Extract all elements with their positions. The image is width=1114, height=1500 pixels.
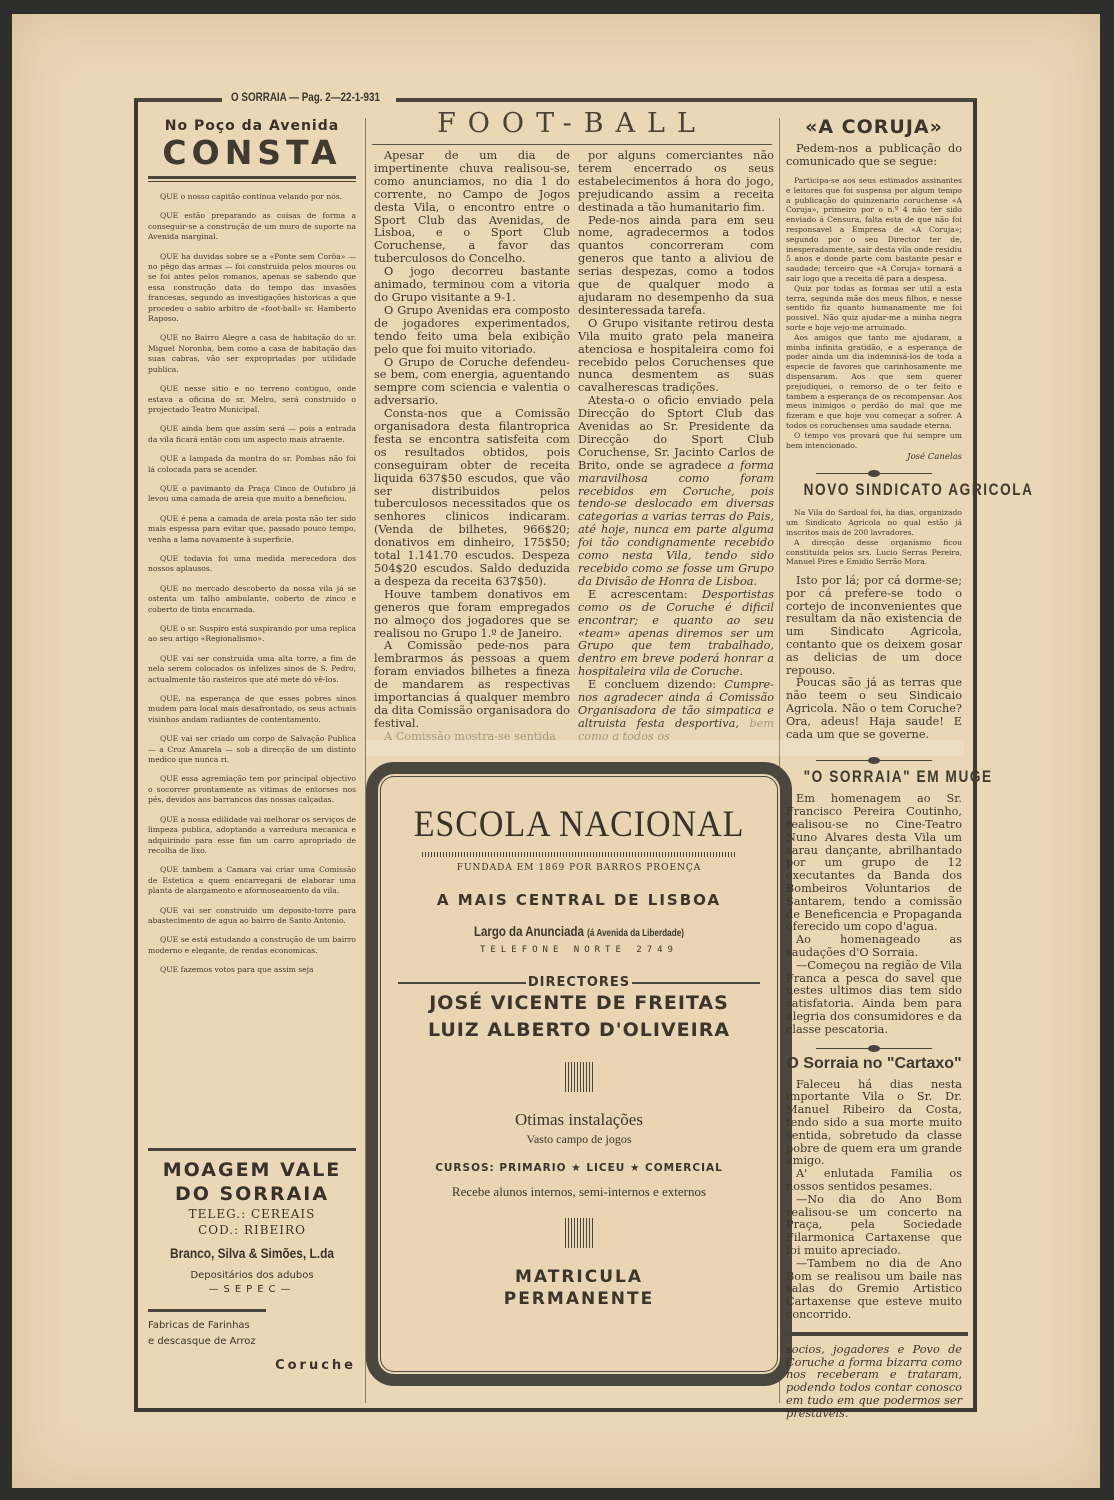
moagem-ad: MOAGEM VALE DO SORRAIA TELEG.: CEREAIS C… [148, 1158, 356, 1373]
escola-central: A MAIS CENTRAL DE LISBOA [378, 891, 780, 909]
cartaxo-paragraph: —No dia do Ano Bom realisou-se um concer… [786, 1194, 962, 1258]
escola-title: ESCOLA NACIONAL [394, 804, 764, 846]
muge-paragraph: Ao homenageado as saudações d'O Sorraia. [786, 934, 962, 960]
coruja-paragraph: Aos amigos que tanto me ajudaram, a minh… [786, 333, 962, 431]
consta-item: QUE a nossa edilidade vai melhorar os se… [148, 815, 356, 857]
consta-items: QUE o nosso capitão continua velando por… [148, 192, 356, 976]
football-paragraph: Pede-nos ainda para em seu nome, agradec… [578, 215, 774, 318]
muge-article: Em homenagem ao Sr. Francisco Pereira Co… [786, 793, 962, 1036]
ad-title-line2: DO SORRAIA [148, 1182, 356, 1206]
escola-field: Vasto campo de jogos [378, 1130, 780, 1148]
consta-item: QUE nesse sitio e no terreno contiguo, o… [148, 384, 356, 415]
consta-item: QUE ha duvidas sobre se a «Ponte sem Cor… [148, 252, 356, 325]
consta-item: QUE o pavimanto da Praça Cinco de Outubr… [148, 484, 356, 505]
consta-item: QUE vai ser construida uma alta torre, a… [148, 654, 356, 685]
football-column-2: por alguns comerciantes não terem encerr… [578, 150, 774, 744]
football-paragraph: Apesar de um dia de impertinente chuva r… [374, 150, 570, 266]
ad-title-line1: MOAGEM VALE [148, 1158, 356, 1182]
escola-students: Recebe alunos internos, semi-internos e … [378, 1184, 780, 1200]
sindicato-comment-paragraph: Poucas são já as terras que não teem o s… [786, 677, 962, 741]
sindicato-news: Na Vila do Sardoal foi, ha dias, organiz… [786, 508, 962, 567]
consta-item: QUE se está estudando a construção de um… [148, 935, 356, 956]
coruja-paragraph: Participa-se aos seus estimados assinant… [786, 176, 962, 284]
heading-line [398, 982, 526, 984]
acrescentam-quote: Desportistas como os de Coruche é difici… [578, 588, 774, 678]
consta-item: QUE estão preparando as coisas de forma … [148, 211, 356, 242]
sindicato-news-paragraph: A direcção desse organismo ficou constit… [786, 538, 962, 567]
hatch-rule [422, 852, 736, 857]
ornament-divider [816, 468, 932, 478]
football-paragraph: O Grupo visitante retirou desta Vila mui… [578, 318, 774, 395]
football-paragraph: Consta-nos que a Comissão organisadora d… [374, 408, 570, 589]
cartaxo-paragraph: Faleceu há dias nesta importante Vila o … [786, 1079, 962, 1169]
ad-divider [148, 1148, 356, 1151]
consta-item: QUE todavia foi uma medida merecedora do… [148, 554, 356, 575]
address-note: (á Avenida da Liberdade) [587, 928, 684, 939]
ornament-divider [816, 755, 932, 765]
right-column: «A CORUJA» Pedem-nos a publicação do com… [786, 116, 962, 1421]
muge-paragraph: —Começou na região de Vila Franca a pesc… [786, 960, 962, 1037]
escola-address: Largo da Anunciada (á Avenida da Liberda… [414, 923, 744, 939]
bars-ornament [565, 1062, 593, 1092]
director-2: LUIZ ALBERTO D'OLIVEIRA [378, 1017, 780, 1044]
consta-item: QUE, na esperança de que esses pobres si… [148, 694, 356, 725]
coruja-lead-text: Pedem-nos a publicação do comunicado que… [786, 142, 962, 168]
consta-item: QUE fazemos votos para que assim seja [148, 965, 356, 975]
coruja-communique: Participa-se aos seus estimados assinant… [786, 176, 962, 450]
ad-depositarios: Depositários dos adubos [148, 1268, 356, 1283]
football-paragraph: por alguns comerciantes não terem encerr… [578, 150, 774, 215]
ad-sepec: —SEPEC— [148, 1283, 356, 1297]
ad-town: Coruche [148, 1358, 356, 1373]
consta-title: CONSTA [148, 134, 356, 172]
consta-item: QUE essa agremiação tem por principal ob… [148, 774, 356, 805]
letter-quote: a forma maravilhosa como foram recebidos… [578, 459, 774, 588]
football-letter: Atesta-o o oficio enviado pela Direcção … [578, 395, 774, 589]
cartaxo-article: Faleceu há dias nesta importante Vila o … [786, 1079, 962, 1322]
consta-item: QUE o sr. Suspiro está suspirando por um… [148, 624, 356, 645]
concluem-intro: E concluem dizendo: [588, 678, 716, 691]
football-acrescentam: E acrescentam: Desportistas como os de C… [578, 589, 774, 679]
title-double-rule [148, 176, 356, 182]
football-concluem: E concluem dizendo: Cumpre-nos agradecer… [578, 679, 774, 744]
ad-firm: Branco, Silva & Simões, L.da [164, 1242, 341, 1264]
section-end-rule [780, 1332, 968, 1336]
ad-fabricas-1: Fabricas de Farinhas [148, 1318, 356, 1334]
consta-item: QUE vai ser construido um deposito-torre… [148, 906, 356, 927]
consta-item: QUE o nosso capitão continua velando por… [148, 192, 356, 202]
coruja-signature: José Canelas [786, 452, 962, 462]
football-col1-paragraphs: Apesar de um dia de impertinente chuva r… [374, 150, 570, 731]
sindicato-comment: Isto por lá; por cá dorme-se; por cá pre… [786, 575, 962, 741]
cartaxo-title: O Sorraia no "Cartaxo" [786, 1055, 962, 1073]
cartaxo-paragraph: A' enlutada Familia os nossos sentidos p… [786, 1168, 962, 1194]
football-paragraph: O Grupo de Coruche defendeu-se bem, com … [374, 357, 570, 409]
bars-ornament [565, 1218, 593, 1248]
coruja-paragraph: Quiz por todas as formas ser util a esta… [786, 284, 962, 333]
football-paragraph: O jogo decorreu bastante animado, termin… [374, 266, 570, 305]
muge-title: "O SORRAIA" EM MUGE [804, 767, 945, 787]
directors-label: DIRECTORES [526, 975, 632, 990]
consta-item: QUE vai ser criado um corpo de Salvação … [148, 734, 356, 765]
consta-item: QUE a lampada da montra do sr. Pombas nã… [148, 454, 356, 475]
coruja-title: «A CORUJA» [786, 116, 962, 138]
sindicato-comment-paragraph: Isto por lá; por cá dorme-se; por cá pre… [786, 575, 962, 677]
football-title-rule [372, 144, 772, 145]
coruja-paragraph: O tempo vos provará que fui sempre um be… [786, 431, 962, 451]
ornament-divider [816, 1043, 932, 1053]
consta-kicker: No Poço da Avenida [148, 118, 356, 134]
escola-phone: TELEFONE NORTE 2749 [378, 945, 780, 955]
football-paragraph: O Grupo Avenidas era composto de jogador… [374, 305, 570, 357]
consta-column: No Poço da Avenida CONSTA QUE o nosso ca… [148, 116, 356, 985]
escola-facilities: Otimas instalações [378, 1110, 780, 1130]
consta-item: QUE ainda bem que assim será — pois a en… [148, 424, 356, 445]
acrescentam-intro: E acrescentam: [588, 588, 688, 601]
muge-paragraph: Em homenagem ao Sr. Francisco Pereira Co… [786, 793, 962, 934]
escola-founded: FUNDADA EM 1869 POR BARROS PROENÇA [378, 863, 780, 873]
consta-item: QUE tambem a Camara vai criar uma Comiss… [148, 865, 356, 896]
football-col2-paragraphs: por alguns comerciantes não terem encerr… [578, 150, 774, 395]
heading-line [632, 982, 760, 984]
address-main: Largo da Anunciada [474, 923, 584, 939]
escola-courses: CURSOS: PRIMARIO ★ LICEU ★ COMERCIAL [378, 1162, 780, 1174]
escola-nacional-ad: ESCOLA NACIONAL FUNDADA EM 1869 POR BARR… [366, 762, 792, 1386]
football-paragraph: A Comissão pede-nos para lembrarmos ás p… [374, 640, 570, 730]
ad-teleg: TELEG.: CEREAIS [148, 1206, 356, 1222]
cartaxo-paragraph: —Tambem no dia de Ano Bom se realisou um… [786, 1258, 962, 1322]
coruja-lead: Pedem-nos a publicação do comunicado que… [786, 142, 962, 168]
escola-enrol-2: PERMANENTE [378, 1288, 780, 1310]
consta-item: QUE no Bairro Alegre a casa de habitação… [148, 333, 356, 375]
sindicato-title: NOVO SINDICATO AGRICOLA [804, 480, 945, 500]
director-1: JOSÉ VICENTE DE FREITAS [378, 990, 780, 1017]
ad-fabricas-2: e descasque de Arroz [148, 1334, 356, 1350]
consta-item: QUE no mercado descoberto da nossa vila … [148, 584, 356, 615]
escola-enrol-1: MATRICULA [378, 1266, 780, 1288]
football-paragraph: Houve tambem donativos em generos que fo… [374, 589, 570, 641]
football-title: FOOT-BALL [372, 108, 772, 139]
ad-rule [148, 1309, 266, 1312]
ad-cod: COD.: RIBEIRO [148, 1222, 356, 1238]
football-column-1: Apesar de um dia de impertinente chuva r… [374, 150, 570, 744]
consta-item: QUE é pena a camada de areia posta não t… [148, 514, 356, 545]
directors-heading: DIRECTORES [398, 975, 760, 990]
football-continuation: socios, jogadores e Povo de Coruche a fo… [786, 1344, 962, 1421]
sindicato-news-paragraph: Na Vila do Sardoal foi, ha dias, organiz… [786, 508, 962, 537]
